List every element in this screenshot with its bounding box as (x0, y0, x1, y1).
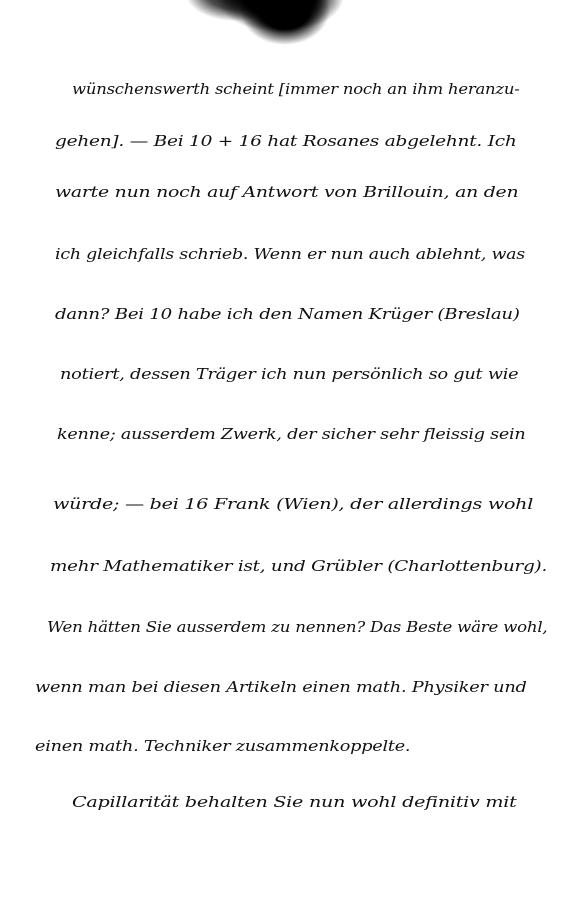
ink-blot-core (240, 0, 330, 50)
handwritten-line: mehr Mathematiker ist, und Grübler (Char… (50, 557, 547, 575)
handwritten-line: würde; — bei 16 Frank (Wien), der allerd… (53, 495, 533, 513)
handwritten-line: dann? Bei 10 habe ich den Namen Krüger (… (55, 305, 520, 323)
handwritten-line: notiert, dessen Träger ich nun persönlic… (60, 365, 518, 383)
handwritten-line: wünschenswerth scheint [immer noch an ih… (72, 80, 520, 98)
handwritten-line: Capillarität behalten Sie nun wohl defin… (72, 793, 517, 811)
handwritten-line: einen math. Techniker zusammenkoppelte. (35, 737, 410, 755)
handwritten-line: kenne; ausserdem Zwerk, der sicher sehr … (57, 425, 525, 443)
handwritten-line: wenn man bei diesen Artikeln einen math.… (35, 678, 527, 696)
handwritten-line: Wen hätten Sie ausserdem zu nennen? Das … (47, 618, 548, 636)
handwritten-line: warte nun noch auf Antwort von Brillouin… (55, 183, 518, 201)
letter-page: wünschenswerth scheint [immer noch an ih… (0, 0, 576, 905)
handwritten-line: ich gleichfalls schrieb. Wenn er nun auc… (55, 245, 525, 263)
handwritten-line: gehen]. — Bei 10 + 16 hat Rosanes abgele… (55, 132, 517, 150)
